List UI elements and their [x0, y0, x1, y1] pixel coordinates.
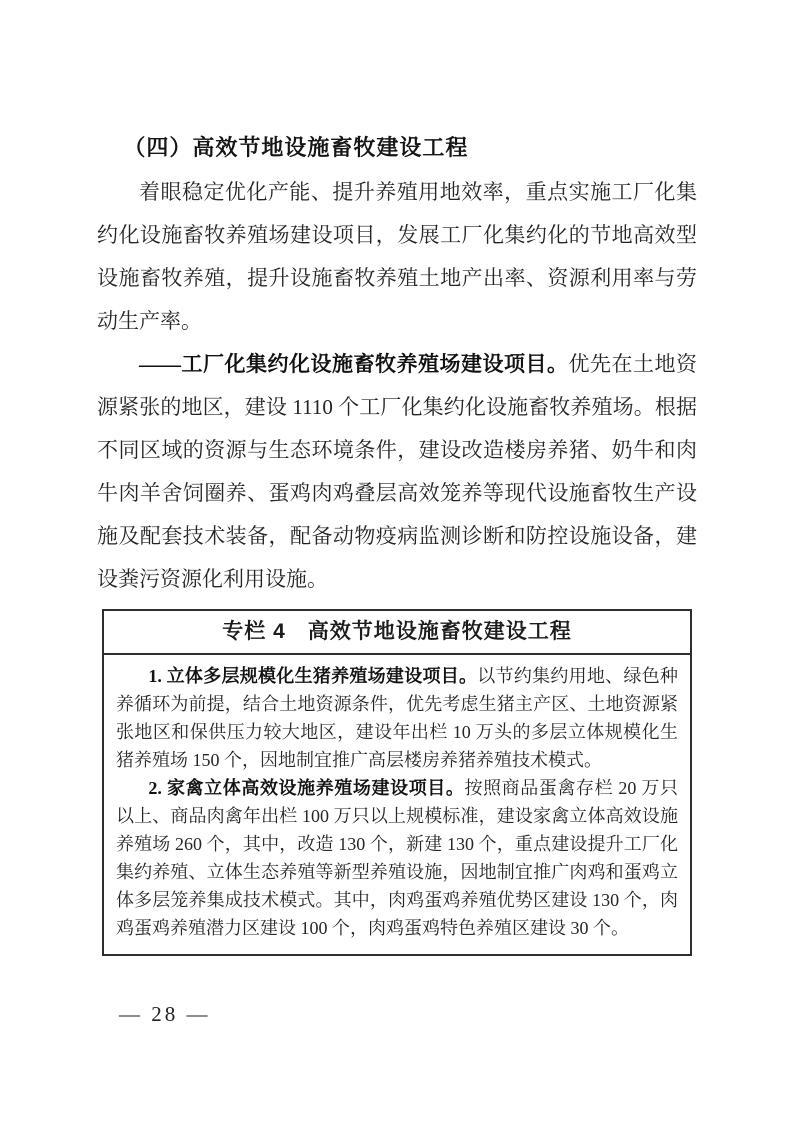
paragraph-overview: 着眼稳定优化产能、提升养殖用地效率，重点实施工厂化集约化设施畜牧养殖场建设项目，… [97, 171, 697, 343]
section-heading: （四）高效节地设施畜牧建设工程 [97, 133, 697, 163]
callout-item-2: 2. 家禽立体高效设施养殖场建设项目。按照商品蛋禽存栏 20 万只以上、商品肉禽… [116, 774, 678, 942]
document-page: （四）高效节地设施畜牧建设工程 着眼稳定优化产能、提升养殖用地效率，重点实施工厂… [0, 0, 794, 1123]
callout-box: 专栏 4 高效节地设施畜牧建设工程 1. 立体多层规模化生猪养殖场建设项目。以节… [102, 609, 692, 956]
page-number: — 28 — [119, 1002, 211, 1027]
paragraph-project-text: 优先在土地资源紧张的地区，建设 1110 个工厂化集约化设施畜牧养殖场。根据不同… [97, 352, 697, 591]
callout-box-body: 1. 立体多层规模化生猪养殖场建设项目。以节约集约用地、绿色种养循环为前提，结合… [104, 655, 690, 954]
callout-item-2-text: 按照商品蛋禽存栏 20 万只以上、商品肉禽年出栏 100 万只以上规模标准，建设… [116, 778, 678, 938]
document-content: （四）高效节地设施畜牧建设工程 着眼稳定优化产能、提升养殖用地效率，重点实施工厂… [97, 133, 697, 956]
callout-item-1: 1. 立体多层规模化生猪养殖场建设项目。以节约集约用地、绿色种养循环为前提，结合… [116, 662, 678, 774]
paragraph-project: ——工厂化集约化设施畜牧养殖场建设项目。优先在土地资源紧张的地区，建设 1110… [97, 343, 697, 601]
callout-item-1-lead: 1. 立体多层规模化生猪养殖场建设项目。 [148, 666, 477, 686]
paragraph-project-lead: ——工厂化集约化设施畜牧养殖场建设项目。 [139, 352, 569, 376]
callout-box-title: 专栏 4 高效节地设施畜牧建设工程 [104, 611, 690, 655]
callout-item-2-lead: 2. 家禽立体高效设施养殖场建设项目。 [148, 778, 464, 798]
